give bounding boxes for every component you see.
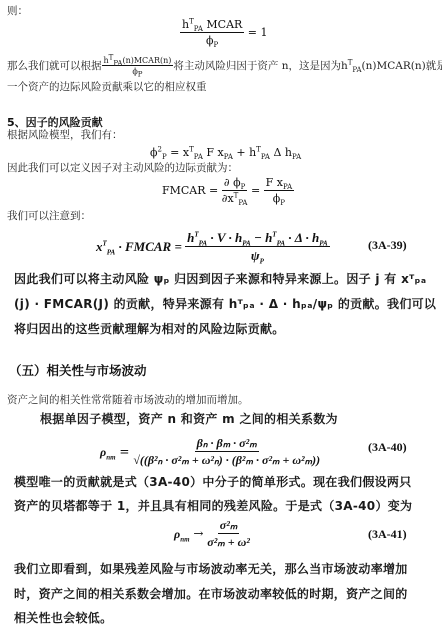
paragraph-model-contribution-line1: 模型唯一的贡献就是式（3A-40）中分子的简单形式。现在我们假设两只 — [14, 473, 412, 490]
equation-number-3a-41: (3A-41) — [368, 527, 407, 542]
equation-3a-40: ρnm = βₙ · βₘ · σ²ₘ √((β²ₙ · σ²ₘ + ω²ₙ) … — [100, 436, 320, 468]
paragraph-attribution-line2: 一个资产的边际风险贡献乘以它的相应权重 — [7, 80, 207, 94]
paragraph-attribution-sources-line3: 将归因出的这些贡献理解为相对的风险边际贡献。 — [14, 320, 285, 337]
equation-number-3a-39: (3A-39) — [368, 238, 407, 253]
paragraph-attribution-sources-line1: 因此我们可以将主动风险 ψₚ 归因到因子来源和特异来源上。因子 j 有 xᵀₚₐ — [14, 270, 426, 287]
paragraph-attribution: 那么我们就可以根据 hTPA(n)MCAR(n) ϕP 将主动风险归因于资产 n… — [7, 56, 442, 76]
correlation-intro: 资产之间的相关性常常随着市场波动的增加而增加。 — [7, 393, 249, 407]
paragraph-conclusion-line2: 时，资产之间的相关系数会增加。在市场波动率较低的时期，资产之间的 — [14, 585, 408, 602]
equation-fmcar: FMCAR = ∂ ϕP ∂xTPA = F xPA ϕP — [162, 176, 294, 206]
equation-3a-39: xTPA · FMCAR = hTPA · V · hPA − hTPA · Δ… — [96, 230, 330, 264]
paragraph-conclusion-line3: 相关性也会较低。 — [14, 609, 112, 626]
then-label: 则： — [7, 4, 28, 18]
paragraph-model-contribution-line2: 资产的贝塔都等于 1，并且具有相同的残差风险。于是式（3A-40）变为 — [14, 497, 412, 514]
note-text: 我们可以注意到： — [7, 209, 91, 223]
paragraph-conclusion-line1: 我们立即看到，如果残差风险与市场波动率无关，那么当市场波动率增加 — [14, 560, 408, 577]
equation-3a-41: ρnm → σ²ₘ σ²ₘ + ω² — [174, 518, 250, 550]
fmcar-definition-text: 因此我们可以定义因子对主动风险的边际贡献为： — [7, 161, 238, 175]
equation-mcar-sum: hTPA MCAR ϕP = 1 — [180, 18, 268, 48]
equation-number-3a-40: (3A-40) — [368, 440, 407, 455]
single-factor-line: 根据单因子模型，资产 n 和资产 m 之间的相关系数为 — [40, 410, 338, 427]
paragraph-attribution-sources-line2: (j) · FMCAR(J) 的贡献，特异来源有 hᵀₚₐ · Δ · hₚₐ/… — [14, 295, 436, 312]
risk-model-intro: 根据风险模型，我们有： — [7, 128, 123, 142]
section-heading-correlation: （五）相关性与市场波动 — [9, 361, 147, 379]
equation-variance: ϕ2P = xTPA F xPA + hTPA Δ hPA — [150, 146, 301, 159]
